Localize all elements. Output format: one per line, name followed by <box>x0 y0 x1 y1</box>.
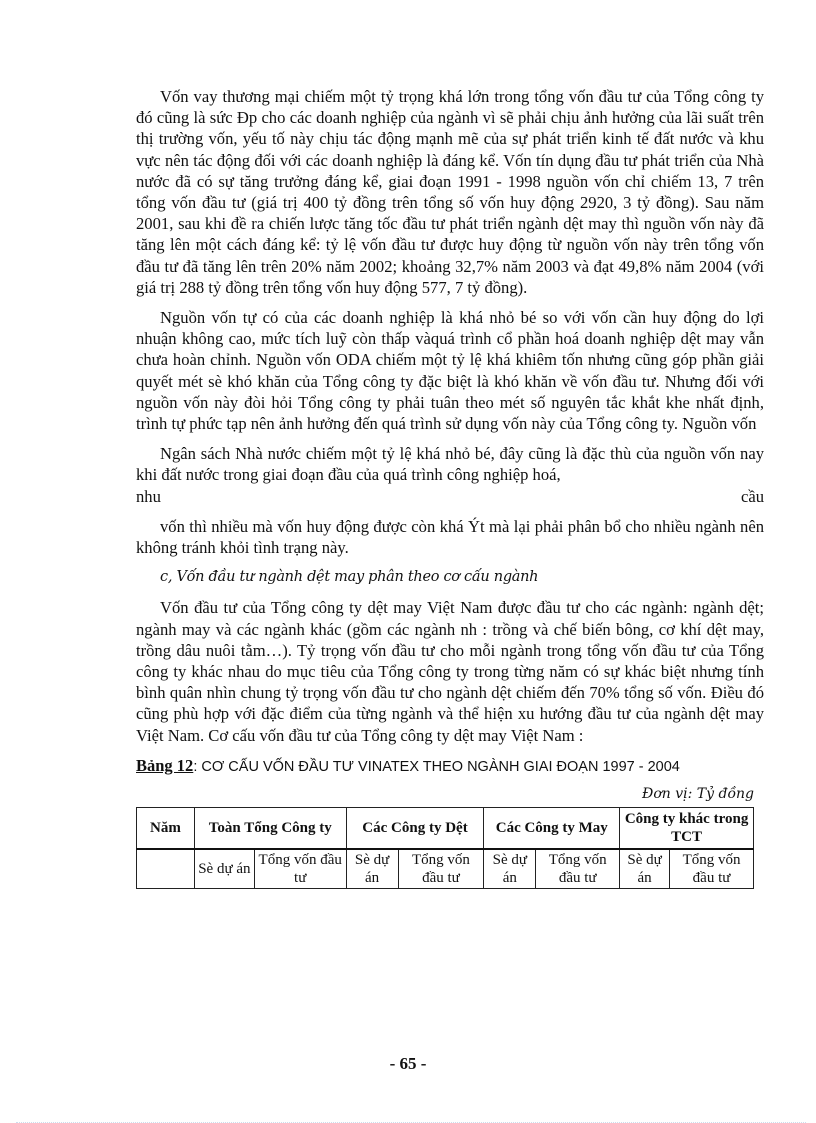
paragraph-own-capital: Nguồn vốn tự có của các doanh nghiệp là … <box>136 307 764 434</box>
document-page: Vốn vay thương mại chiếm một tỷ trọng kh… <box>0 0 816 1123</box>
section-heading-c: c, Vốn đầu tư ngành dệt may phân theo cơ… <box>136 567 764 588</box>
table-caption: Bảng 12: CƠ CẤU VỐN ĐẦU TƯ VINATEX THEO … <box>136 755 764 778</box>
word-right: cầu <box>741 486 764 507</box>
paragraph-continuation: vốn thì nhiều mà vốn huy động được còn k… <box>136 516 764 558</box>
subheader-cell: Tổng vốn đầu tư <box>670 849 754 889</box>
header-other-companies: Công ty khác trong TCT <box>620 808 754 850</box>
word-left: nhu <box>136 486 161 507</box>
paragraph-commercial-loans: Vốn vay thương mại chiếm một tỷ trọng kh… <box>136 86 764 298</box>
table-caption-text: CƠ CẤU VỐN ĐẦU TƯ VINATEX THEO NGÀNH GIA… <box>201 759 679 775</box>
subheader-cell: Sè dự án <box>620 849 670 889</box>
header-textile-companies: Các Công ty Dệt <box>346 808 484 850</box>
subheader-cell: Tổng vốn đầu tư <box>398 849 484 889</box>
header-garment-companies: Các Công ty May <box>484 808 620 850</box>
header-year: Năm <box>137 808 195 850</box>
table-header-row: Năm Toàn Tổng Công ty Các Công ty Dệt Cá… <box>137 808 754 850</box>
table-subheader-row: Sè dự án Tổng vốn đầu tư Sè dự án Tổng v… <box>137 849 754 889</box>
table-caption-label: Bảng 12 <box>136 756 193 775</box>
subheader-cell: Sè dự án <box>346 849 398 889</box>
table-unit-note: Đơn vị: Tỷ đồng <box>136 784 754 805</box>
investment-structure-table: Năm Toàn Tổng Công ty Các Công ty Dệt Cá… <box>136 807 754 889</box>
page-number: - 65 - <box>0 1054 816 1074</box>
paragraph-sector-structure: Vốn đầu tư của Tổng công ty dệt may Việt… <box>136 597 764 745</box>
subheader-cell: Sè dự án <box>484 849 536 889</box>
subheader-year <box>137 849 195 889</box>
paragraph-state-budget-last-line: nhu cầu <box>136 486 764 507</box>
header-whole-corporation: Toàn Tổng Công ty <box>194 808 346 850</box>
subheader-cell: Tổng vốn đầu tư <box>536 849 620 889</box>
paragraph-state-budget: Ngân sách Nhà nước chiếm một tỷ lệ khá n… <box>136 443 764 485</box>
subheader-cell: Tổng vốn đầu tư <box>254 849 346 889</box>
page-content: Vốn vay thương mại chiếm một tỷ trọng kh… <box>136 86 764 889</box>
subheader-cell: Sè dự án <box>194 849 254 889</box>
